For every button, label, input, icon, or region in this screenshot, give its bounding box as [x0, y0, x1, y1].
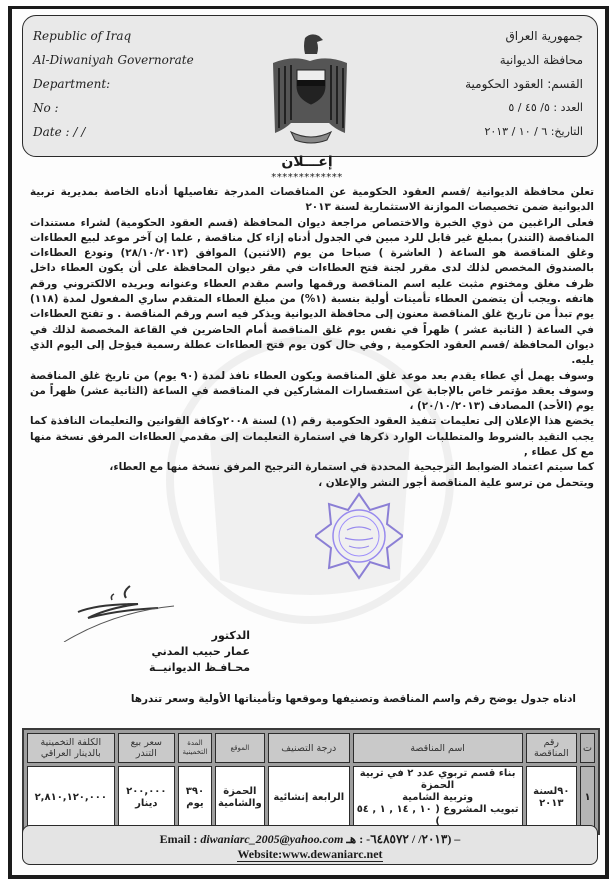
- footer-contact: Email : diwaniarc_2005@yahoo.com – (٢٠١٣…: [22, 825, 598, 865]
- paragraph: كما سيتم اعتماد الضوابط الترجيحية المحدد…: [30, 460, 594, 475]
- department-ar: القسم: العقود الحكومية: [465, 72, 583, 96]
- cell-tender-name: بناء قسم تربوي عدد ٢ في تربية الحمزة وتر…: [353, 766, 523, 830]
- official-stamp-icon: [315, 492, 403, 580]
- signatory-position: محـافـظ الديوانيــة: [100, 660, 250, 676]
- paragraph: ويتحمل من ترسو علية المناقصة أجور النشر …: [30, 476, 594, 491]
- cell-estimated-cost: ٢,٨١٠,١٢٠,٠٠٠: [27, 766, 115, 830]
- col-tender-name: اسم المناقصة: [353, 733, 523, 763]
- col-duration: المدة التخمينية: [178, 733, 212, 763]
- tender-name-line: بناء قسم تربوي عدد ٢ في تربية الحمزة: [356, 768, 520, 792]
- cell-location: الحمزة والشامية: [215, 766, 265, 830]
- col-estimated-cost: الكلفة التخمينية بالدينار العراقي: [27, 733, 115, 763]
- col-tender-number: رقم المناقصة: [526, 733, 578, 763]
- col-tender-price: سعر بيع التندر: [118, 733, 175, 763]
- table-row: ١ ٩٠لسنة ٢٠١٣ بناء قسم تربوي عدد ٢ في تر…: [27, 766, 595, 830]
- footer-contact-line: Email : diwaniarc_2005@yahoo.com – (٢٠١٣…: [23, 832, 597, 847]
- country-en: Republic of Iraq: [33, 24, 194, 48]
- signatory-name: عمار حبيب المدني: [100, 644, 250, 660]
- website-link[interactable]: Website:www.dewaniarc.net: [237, 847, 382, 862]
- tender-table: ت رقم المناقصة اسم المناقصة درجة التصنيف…: [22, 728, 600, 835]
- col-classification: درجة التصنيف: [268, 733, 350, 763]
- date-ar: التاريخ: ٦ / ١٠ / ٢٠١٣: [465, 120, 583, 144]
- letterhead: Republic of Iraq Al-Diwaniyah Governorat…: [22, 15, 598, 157]
- paragraph: تعلن محافظة الديوانية /قسم العقود الحكوم…: [30, 185, 594, 216]
- footer-website-line: Website:www.dewaniarc.net: [23, 847, 597, 861]
- announcement-title: إعـــلان: [0, 154, 614, 170]
- email-link[interactable]: diwaniarc_2005@yahoo.com: [200, 832, 343, 846]
- table-intro: ادناه جدول يوضح رقم واسم المناقصة وتصنيف…: [131, 693, 576, 705]
- announcement-body: تعلن محافظة الديوانية /قسم العقود الحكوم…: [30, 185, 594, 491]
- paragraph: فعلى الراغبين من ذوي الخبرة والاختصاص مر…: [30, 216, 594, 369]
- number-label: No :: [33, 96, 194, 120]
- cell-classification: الرابعة إنشائية: [268, 766, 350, 830]
- country-ar: جمهورية العراق: [465, 24, 583, 48]
- number-ar: العدد : ٥/ ٤٥ / ٥: [465, 96, 583, 120]
- col-location: الموقع: [215, 733, 265, 763]
- table-header-row: ت رقم المناقصة اسم المناقصة درجة التصنيف…: [27, 733, 595, 763]
- col-index: ت: [580, 733, 595, 763]
- tender-name-line: وتربية الشامية: [356, 792, 520, 804]
- iraq-eagle-emblem-icon: [263, 28, 358, 146]
- governorate-en: Al-Diwaniyah Governorate: [33, 48, 194, 72]
- date-label: Date : / /: [33, 120, 194, 144]
- paragraph: يخضع هذا الإعلان إلى تعليمات تنفيذ العقو…: [30, 414, 594, 460]
- email-label: Email :: [160, 832, 198, 846]
- cell-tender-price: ٢٠٠,٠٠٠ دينار: [118, 766, 175, 830]
- signature-block: الدكتور عمار حبيب المدني محـافـظ الديوان…: [100, 628, 250, 676]
- cell-tender-number: ٩٠لسنة ٢٠١٣: [526, 766, 578, 830]
- governorate-ar: محافظة الديوانية: [465, 48, 583, 72]
- department-label: Department:: [33, 72, 194, 96]
- letterhead-arabic: جمهورية العراق محافظة الديوانية القسم: ا…: [465, 24, 583, 144]
- signatory-title: الدكتور: [100, 628, 250, 644]
- title-separator: *************: [0, 172, 614, 183]
- cell-index: ١: [580, 766, 595, 830]
- phone-number: – (٢٠١٣/ / ٦٤٨٥٧٢- : هـ: [346, 832, 460, 846]
- letterhead-english: Republic of Iraq Al-Diwaniyah Governorat…: [33, 24, 194, 144]
- paragraph: وسوف يهمل أي عطاء يقدم بعد موعد غلق المن…: [30, 369, 594, 415]
- cell-duration: ٣٩٠ يوم: [178, 766, 212, 830]
